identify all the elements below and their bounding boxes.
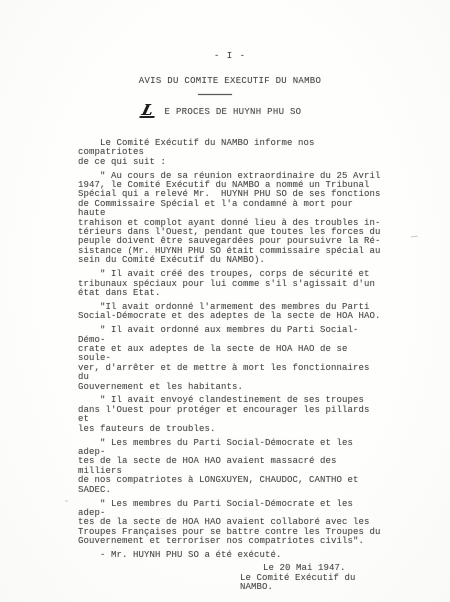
subtitle-text: E PROCES DE HUYNH PHU SO <box>165 108 302 117</box>
scan-speck <box>411 236 418 238</box>
paragraph: " Les membres du Parti Social-Démocrate … <box>78 439 382 495</box>
paragraph: " Au cours de sa réunion extraordinaire … <box>78 172 382 266</box>
paragraph: " Il avait envoyé clandestinement de ses… <box>78 396 382 434</box>
paragraph: Le Comité Exécutif du NAMBO informe nos … <box>78 139 382 167</box>
paragraph: "Il avait ordonné l'armement des membres… <box>78 303 382 322</box>
document-heading: AVIS DU COMITE EXECUTIF DU NAMBO <box>78 77 382 86</box>
page-number: - I - <box>78 52 382 61</box>
document-subtitle: L E PROCES DE HUYNH PHU SO <box>141 104 382 118</box>
scan-speck <box>65 500 68 502</box>
document-body: Le Comité Exécutif du NAMBO informe nos … <box>78 139 382 593</box>
signature-line: Le Comité Exécutif du NAMBO. <box>240 574 382 593</box>
paragraph: " Il avait ordonné aux membres du Parti … <box>78 326 382 392</box>
signature-block: Le 20 Mai 1947. Le Comité Exécutif du NA… <box>240 564 382 592</box>
paragraph: " Les membres du Parti Social-Démocrate … <box>78 500 382 547</box>
paragraph: " Il avait créé des troupes, corps de sé… <box>78 270 382 298</box>
heading-underline <box>198 94 232 95</box>
scanned-document-page: - I - AVIS DU COMITE EXECUTIF DU NAMBO L… <box>0 0 450 602</box>
execution-statement: - Mr. HUYNH PHU SO a été exécuté. <box>78 551 382 560</box>
scan-speck <box>160 518 164 519</box>
document-content: - I - AVIS DU COMITE EXECUTIF DU NAMBO L… <box>78 52 382 593</box>
handwritten-letter-mark: L <box>139 104 157 118</box>
